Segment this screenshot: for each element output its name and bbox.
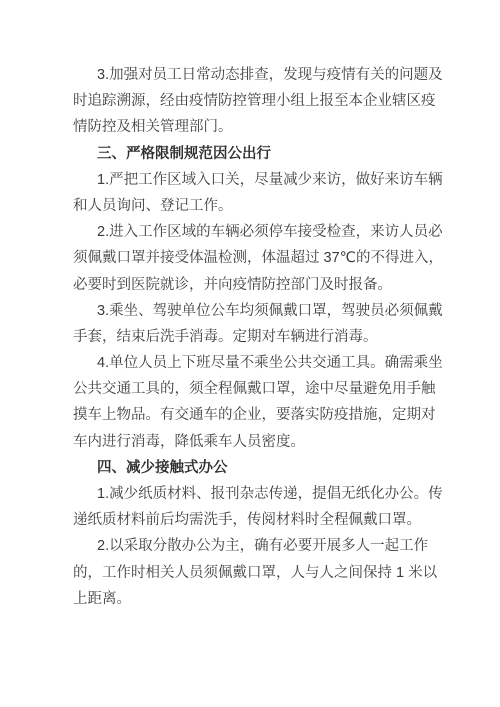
- text-line: 手套，结束后洗手消毒。定期对车辆进行消毒。: [73, 324, 430, 350]
- text-line: 时追踪溯源，经由疫情防控管理小组上报至本企业辖区疫: [73, 88, 430, 114]
- para-1-entrance-control: 1.严把工作区域入口关，尽量减少来访，做好来访车辆和人员询问、登记工作。: [73, 167, 430, 219]
- text-line: 1.减少纸质材料、报刊杂志传递，提倡无纸化办公。传: [73, 481, 430, 507]
- heading-line: 三、严格限制规范因公出行: [73, 141, 430, 167]
- heading-section-three-restrict-official-travel: 三、严格限制规范因公出行: [73, 141, 430, 167]
- text-line: 3.乘坐、驾驶单位公车均须佩戴口罩，驾驶员必须佩戴: [73, 298, 430, 324]
- text-line: 递纸质材料前后均需洗手，传阅材料时全程佩戴口罩。: [73, 507, 430, 533]
- document-content: 3.加强对员工日常动态排查，发现与疫情有关的问题及时追踪溯源，经由疫情防控管理小…: [73, 62, 430, 612]
- text-line: 的，工作时相关人员须佩戴口罩，人与人之间保持 1 米以: [73, 560, 430, 586]
- text-line: 和人员询问、登记工作。: [73, 193, 430, 219]
- text-line: 须佩戴口罩并接受体温检测，体温超过 37℃的不得进入，: [73, 245, 430, 271]
- text-line: 2.进入工作区域的车辆必须停车接受检查，来访人员必: [73, 219, 430, 245]
- text-line: 车内进行消毒，降低乘车人员密度。: [73, 429, 430, 455]
- para-1-paperless-office: 1.减少纸质材料、报刊杂志传递，提倡无纸化办公。传递纸质材料前后均需洗手，传阅材…: [73, 481, 430, 533]
- text-line: 公共交通工具的，须全程佩戴口罩，途中尽量避免用手触: [73, 376, 430, 402]
- para-2-distributed-working-distance: 2.以采取分散办公为主，确有必要开展多人一起工作的，工作时相关人员须佩戴口罩，人…: [73, 533, 430, 612]
- para-3-company-car-masks: 3.乘坐、驾驶单位公车均须佩戴口罩，驾驶员必须佩戴手套，结束后洗手消毒。定期对车…: [73, 298, 430, 350]
- text-line: 情防控及相关管理部门。: [73, 114, 430, 140]
- text-line: 2.以采取分散办公为主，确有必要开展多人一起工作: [73, 533, 430, 559]
- para-3-daily-dynamic-screening: 3.加强对员工日常动态排查，发现与疫情有关的问题及时追踪溯源，经由疫情防控管理小…: [73, 62, 430, 141]
- text-line: 3.加强对员工日常动态排查，发现与疫情有关的问题及: [73, 62, 430, 88]
- text-line: 1.严把工作区域入口关，尽量减少来访，做好来访车辆: [73, 167, 430, 193]
- text-line: 上距离。: [73, 586, 430, 612]
- text-line: 必要时到医院就诊，并向疫情防控部门及时报备。: [73, 272, 430, 298]
- para-2-vehicle-inspection-temperature: 2.进入工作区域的车辆必须停车接受检查，来访人员必须佩戴口罩并接受体温检测，体温…: [73, 219, 430, 298]
- document-page: 3.加强对员工日常动态排查，发现与疫情有关的问题及时追踪溯源，经由疫情防控管理小…: [0, 0, 500, 707]
- heading-section-four-reduce-contact-office: 四、减少接触式办公: [73, 455, 430, 481]
- para-4-public-transport: 4.单位人员上下班尽量不乘坐公共交通工具。确需乘坐公共交通工具的，须全程佩戴口罩…: [73, 350, 430, 455]
- heading-line: 四、减少接触式办公: [73, 455, 430, 481]
- text-line: 4.单位人员上下班尽量不乘坐公共交通工具。确需乘坐: [73, 350, 430, 376]
- text-line: 摸车上物品。有交通车的企业，要落实防疫措施，定期对: [73, 402, 430, 428]
